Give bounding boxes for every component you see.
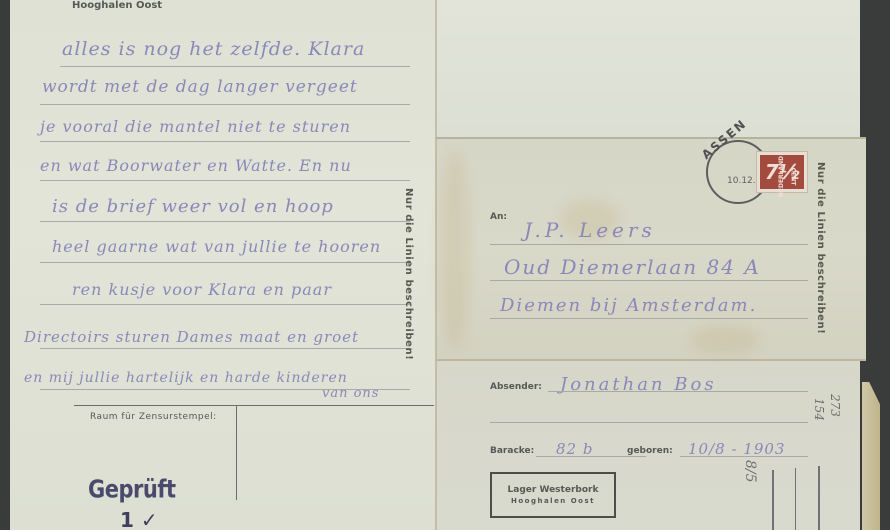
censor-stamp-mark: 1 ✓ [120, 508, 158, 530]
handwritten-line: en wat Boorwater en Watte. En nu [40, 156, 352, 175]
pencil-note: 154 [812, 398, 826, 421]
margin-instruction: Nur die Linien beschreiben! [815, 162, 826, 334]
censor-stamp: Geprüft [88, 475, 176, 504]
recipient-city: Diemen bij Amsterdam. [500, 295, 757, 316]
horizontal-fold-line [436, 359, 866, 361]
sender-label: Absender: [490, 382, 542, 392]
recipient-label: An: [490, 212, 507, 222]
stamp-country: NEDERLAND [778, 156, 785, 197]
handwritten-line: Directoirs sturen Dames maat en groet [24, 328, 359, 346]
handwritten-line: is de brief weer vol en hoop [52, 196, 334, 217]
ruled-line [40, 180, 410, 181]
handwritten-signature: van ons [322, 386, 379, 401]
ruled-line [40, 304, 410, 305]
handwritten-line: heel gaarne wat van jullie te hooren [52, 237, 381, 256]
camp-name: Lager Westerbork [508, 485, 599, 495]
ruled-line [490, 422, 808, 423]
letter-sheet-right-top [436, 0, 860, 138]
barracks-label: Baracke: [490, 446, 534, 456]
ruled-line [40, 221, 410, 222]
ruled-line [536, 456, 646, 457]
camp-place: Hooghalen Oost [511, 497, 595, 505]
pencil-mark [818, 466, 820, 530]
pencil-note: 273 [828, 394, 842, 417]
ruled-line [40, 348, 410, 349]
censor-area-divider [74, 405, 434, 406]
handwritten-line: je vooral die mantel niet te sturen [40, 117, 351, 136]
header-place: Hooghalen Oost [72, 0, 162, 11]
ruled-line [548, 391, 808, 392]
ruled-line [490, 280, 808, 281]
censor-label: Raum für Zensurstempel: [90, 412, 217, 422]
ruled-line [680, 456, 808, 457]
ruled-line [40, 141, 410, 142]
handwritten-line: ren kusje voor Klara en paar [72, 280, 332, 299]
handwritten-line: alles is nog het zelfde. Klara [62, 38, 365, 60]
pencil-mark [772, 470, 774, 530]
torn-flap-edge [862, 382, 880, 530]
horizontal-fold-line [436, 137, 866, 139]
ruled-line [490, 244, 808, 245]
ruled-line [60, 66, 410, 67]
pencil-note: 8/5 [742, 460, 758, 483]
handwritten-line: wordt met de dag langer vergeet [42, 77, 358, 97]
ruled-line [40, 104, 410, 105]
postage-stamp: NEDERLAND 7½ CENT [757, 152, 807, 192]
vertical-fold-line [435, 0, 437, 530]
ruled-line [40, 262, 410, 263]
censor-area-divider [236, 405, 237, 500]
recipient-name: J.P. Leers [524, 218, 656, 242]
stamp-unit: CENT [790, 168, 797, 186]
camp-address-box: Lager Westerbork Hooghalen Oost [490, 472, 616, 518]
recipient-street: Oud Diemerlaan 84 A [504, 255, 761, 279]
handwritten-line: en mij jullie hartelijk en harde kindere… [24, 370, 348, 386]
paper-stain [440, 150, 470, 350]
margin-instruction: Nur die Linien beschreiben! [403, 188, 414, 360]
paper-stain [690, 325, 760, 355]
pencil-mark [795, 468, 796, 530]
born-label: geboren: [627, 446, 673, 456]
ruled-line [490, 318, 808, 319]
